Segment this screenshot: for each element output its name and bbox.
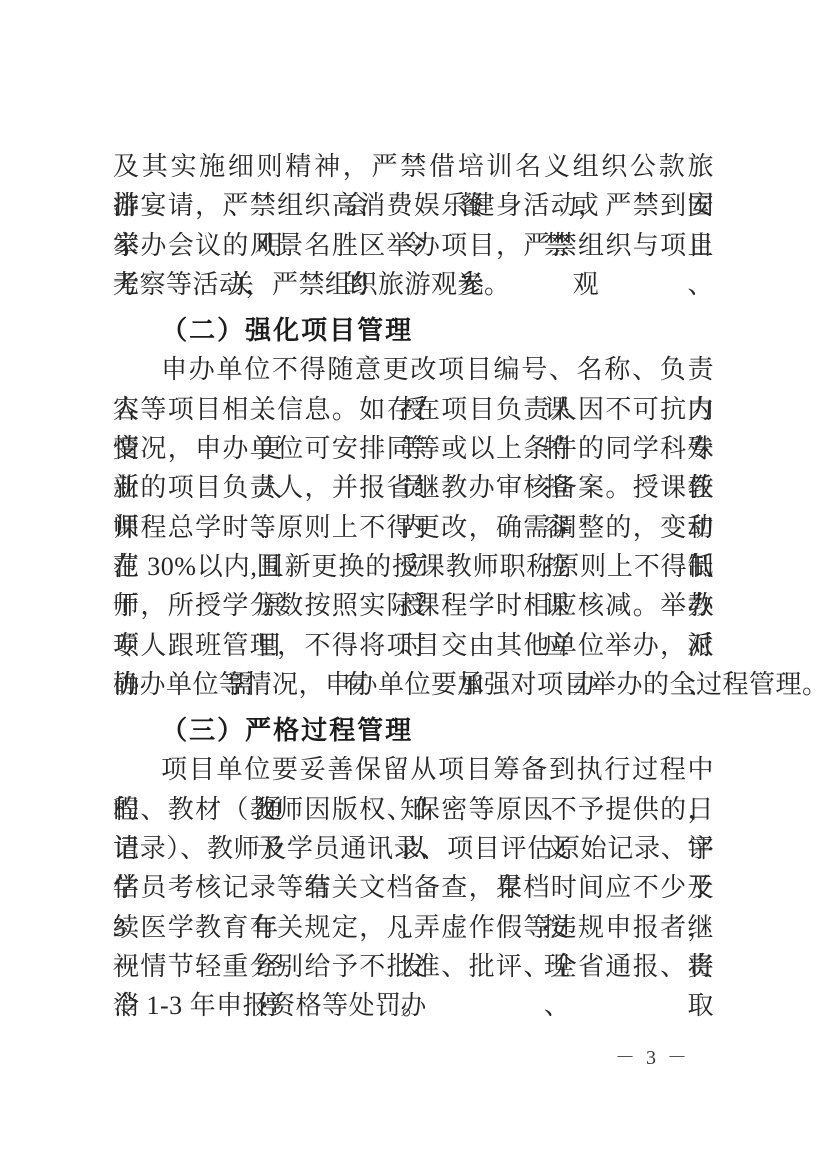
paragraph-line: 学员考核记录等有关文档备查，存档时间应不少于 3 年。按继 (113, 868, 714, 907)
page-footer: － 3 － (615, 1046, 690, 1070)
paragraph-line: 程、教材（教师因版权、保密等原因不予提供的，请予以文字 (113, 790, 714, 829)
paragraph-line: 容等项目相关信息。如存在项目负责人因不可抗力变更等特殊 (113, 390, 714, 429)
paragraph-line: 及其实施细则精神，严禁借培训名义组织公款旅游、会餐或安 (113, 147, 714, 186)
paragraph-line: 视情节轻重分别给予不批准、批评、全省通报、责令停办、取 (113, 947, 714, 986)
section-heading-3: （三）严格过程管理 (113, 711, 714, 750)
section-heading-2: （二）强化项目管理 (113, 311, 714, 350)
document-page: 及其实施细则精神，严禁借培训名义组织公款旅游、会餐或安 排宴请，严禁组织高消费娱… (0, 0, 826, 1169)
paragraph-line: 排宴请，严禁组织高消费娱乐健身活动，严禁到国家明令禁止 (113, 186, 714, 225)
paragraph-line: 协办单位等情况，申办单位要加强对项目举办的全过程管理。 (113, 665, 714, 704)
paragraph-line: 续医学教育有关规定，凡弄虚作假等违规申报者，一经发现将 (113, 908, 714, 947)
paragraph-line: 专人跟班管理，不得将项目交由其他单位举办，对确需有承办、 (113, 626, 714, 665)
paragraph-line: 情况，申办单位可安排同等或以上条件的同学科专业人员担任 (113, 429, 714, 468)
page-number: － 3 － (615, 1047, 690, 1069)
paragraph-line: 举办会议的风景名胜区举办项目，严禁组织与项目无关的参观、 (113, 226, 714, 265)
document-body: 及其实施细则精神，严禁借培训名义组织公款旅游、会餐或安 排宴请，严禁组织高消费娱… (113, 147, 714, 1026)
paragraph-line: 申办单位不得随意更改项目编号、名称、负责人、授课内 (113, 350, 714, 389)
paragraph-line: 项目单位要妥善保留从项目筹备到执行过程中的通知、日 (113, 750, 714, 789)
paragraph-line: 师，所授学分数按照实际课程学时相应核减。举办项目时应派 (113, 586, 714, 625)
paragraph-line: 新的项目负责人，并报省继教办审核备案。授课教师、内容和 (113, 468, 714, 507)
paragraph-line: 在 30%以内,且新更换的授课教师职称原则上不得低于原授课教 (113, 547, 714, 586)
paragraph-line: 课程总学时等原则上不得更改，确需调整的，变动范围应控制 (113, 508, 714, 547)
paragraph-line: 记录）、教师及学员通讯录、项目评估原始记录、评估结果及 (113, 829, 714, 868)
